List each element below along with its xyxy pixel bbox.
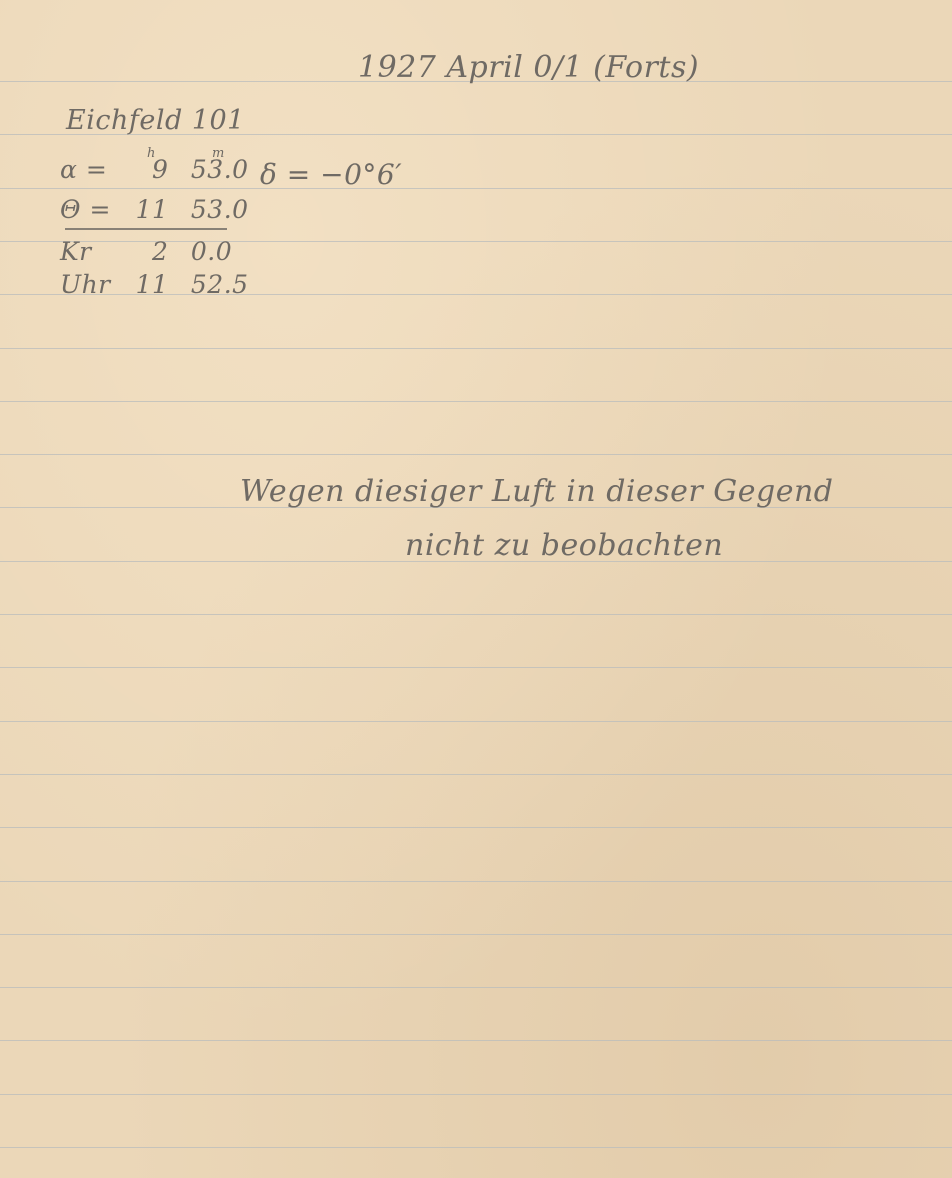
row-minutes: 52.5: [191, 270, 249, 299]
ruled-line: [0, 188, 952, 189]
row-kr: Kr 2 0.0: [60, 237, 232, 266]
ruled-line: [0, 614, 952, 615]
row-hours: 9: [128, 155, 168, 184]
ruled-line: [0, 667, 952, 668]
row-label: Θ =: [60, 195, 120, 224]
ruled-line: [0, 827, 952, 828]
note-line-1: Wegen diesiger Luft in dieser Gegend: [240, 474, 834, 509]
row-hours: 2: [128, 237, 168, 266]
note-line-2: nicht zu beobachten: [405, 528, 723, 563]
page-title: 1927 April 0/1 (Forts): [358, 50, 699, 85]
ruled-line: [0, 934, 952, 935]
row-label: Kr: [60, 237, 120, 266]
row-minutes: 0.0: [191, 237, 232, 266]
row-sidereal-time: Θ = 11 53.0: [60, 195, 249, 224]
declination: δ = −0°6′: [260, 158, 402, 191]
row-label: α =: [60, 155, 120, 184]
ruled-line: [0, 721, 952, 722]
ruled-line: [0, 987, 952, 988]
row-uhr: Uhr 11 52.5: [60, 270, 249, 299]
ruled-line: [0, 774, 952, 775]
ruled-line: [0, 1094, 952, 1095]
row-label: Uhr: [60, 270, 120, 299]
ruled-line: [0, 401, 952, 402]
object-name: Eichfeld 101: [66, 105, 245, 136]
row-right-ascension: α = 9 53.0: [60, 155, 249, 184]
row-minutes: 53.0: [191, 155, 249, 184]
ruled-line: [0, 1147, 952, 1148]
ruled-line: [0, 1040, 952, 1041]
sum-underline: [65, 228, 227, 230]
row-minutes: 53.0: [191, 195, 249, 224]
row-hours: 11: [128, 270, 168, 299]
ruled-line: [0, 348, 952, 349]
ruled-line: [0, 881, 952, 882]
row-hours: 11: [128, 195, 168, 224]
ruled-line: [0, 454, 952, 455]
